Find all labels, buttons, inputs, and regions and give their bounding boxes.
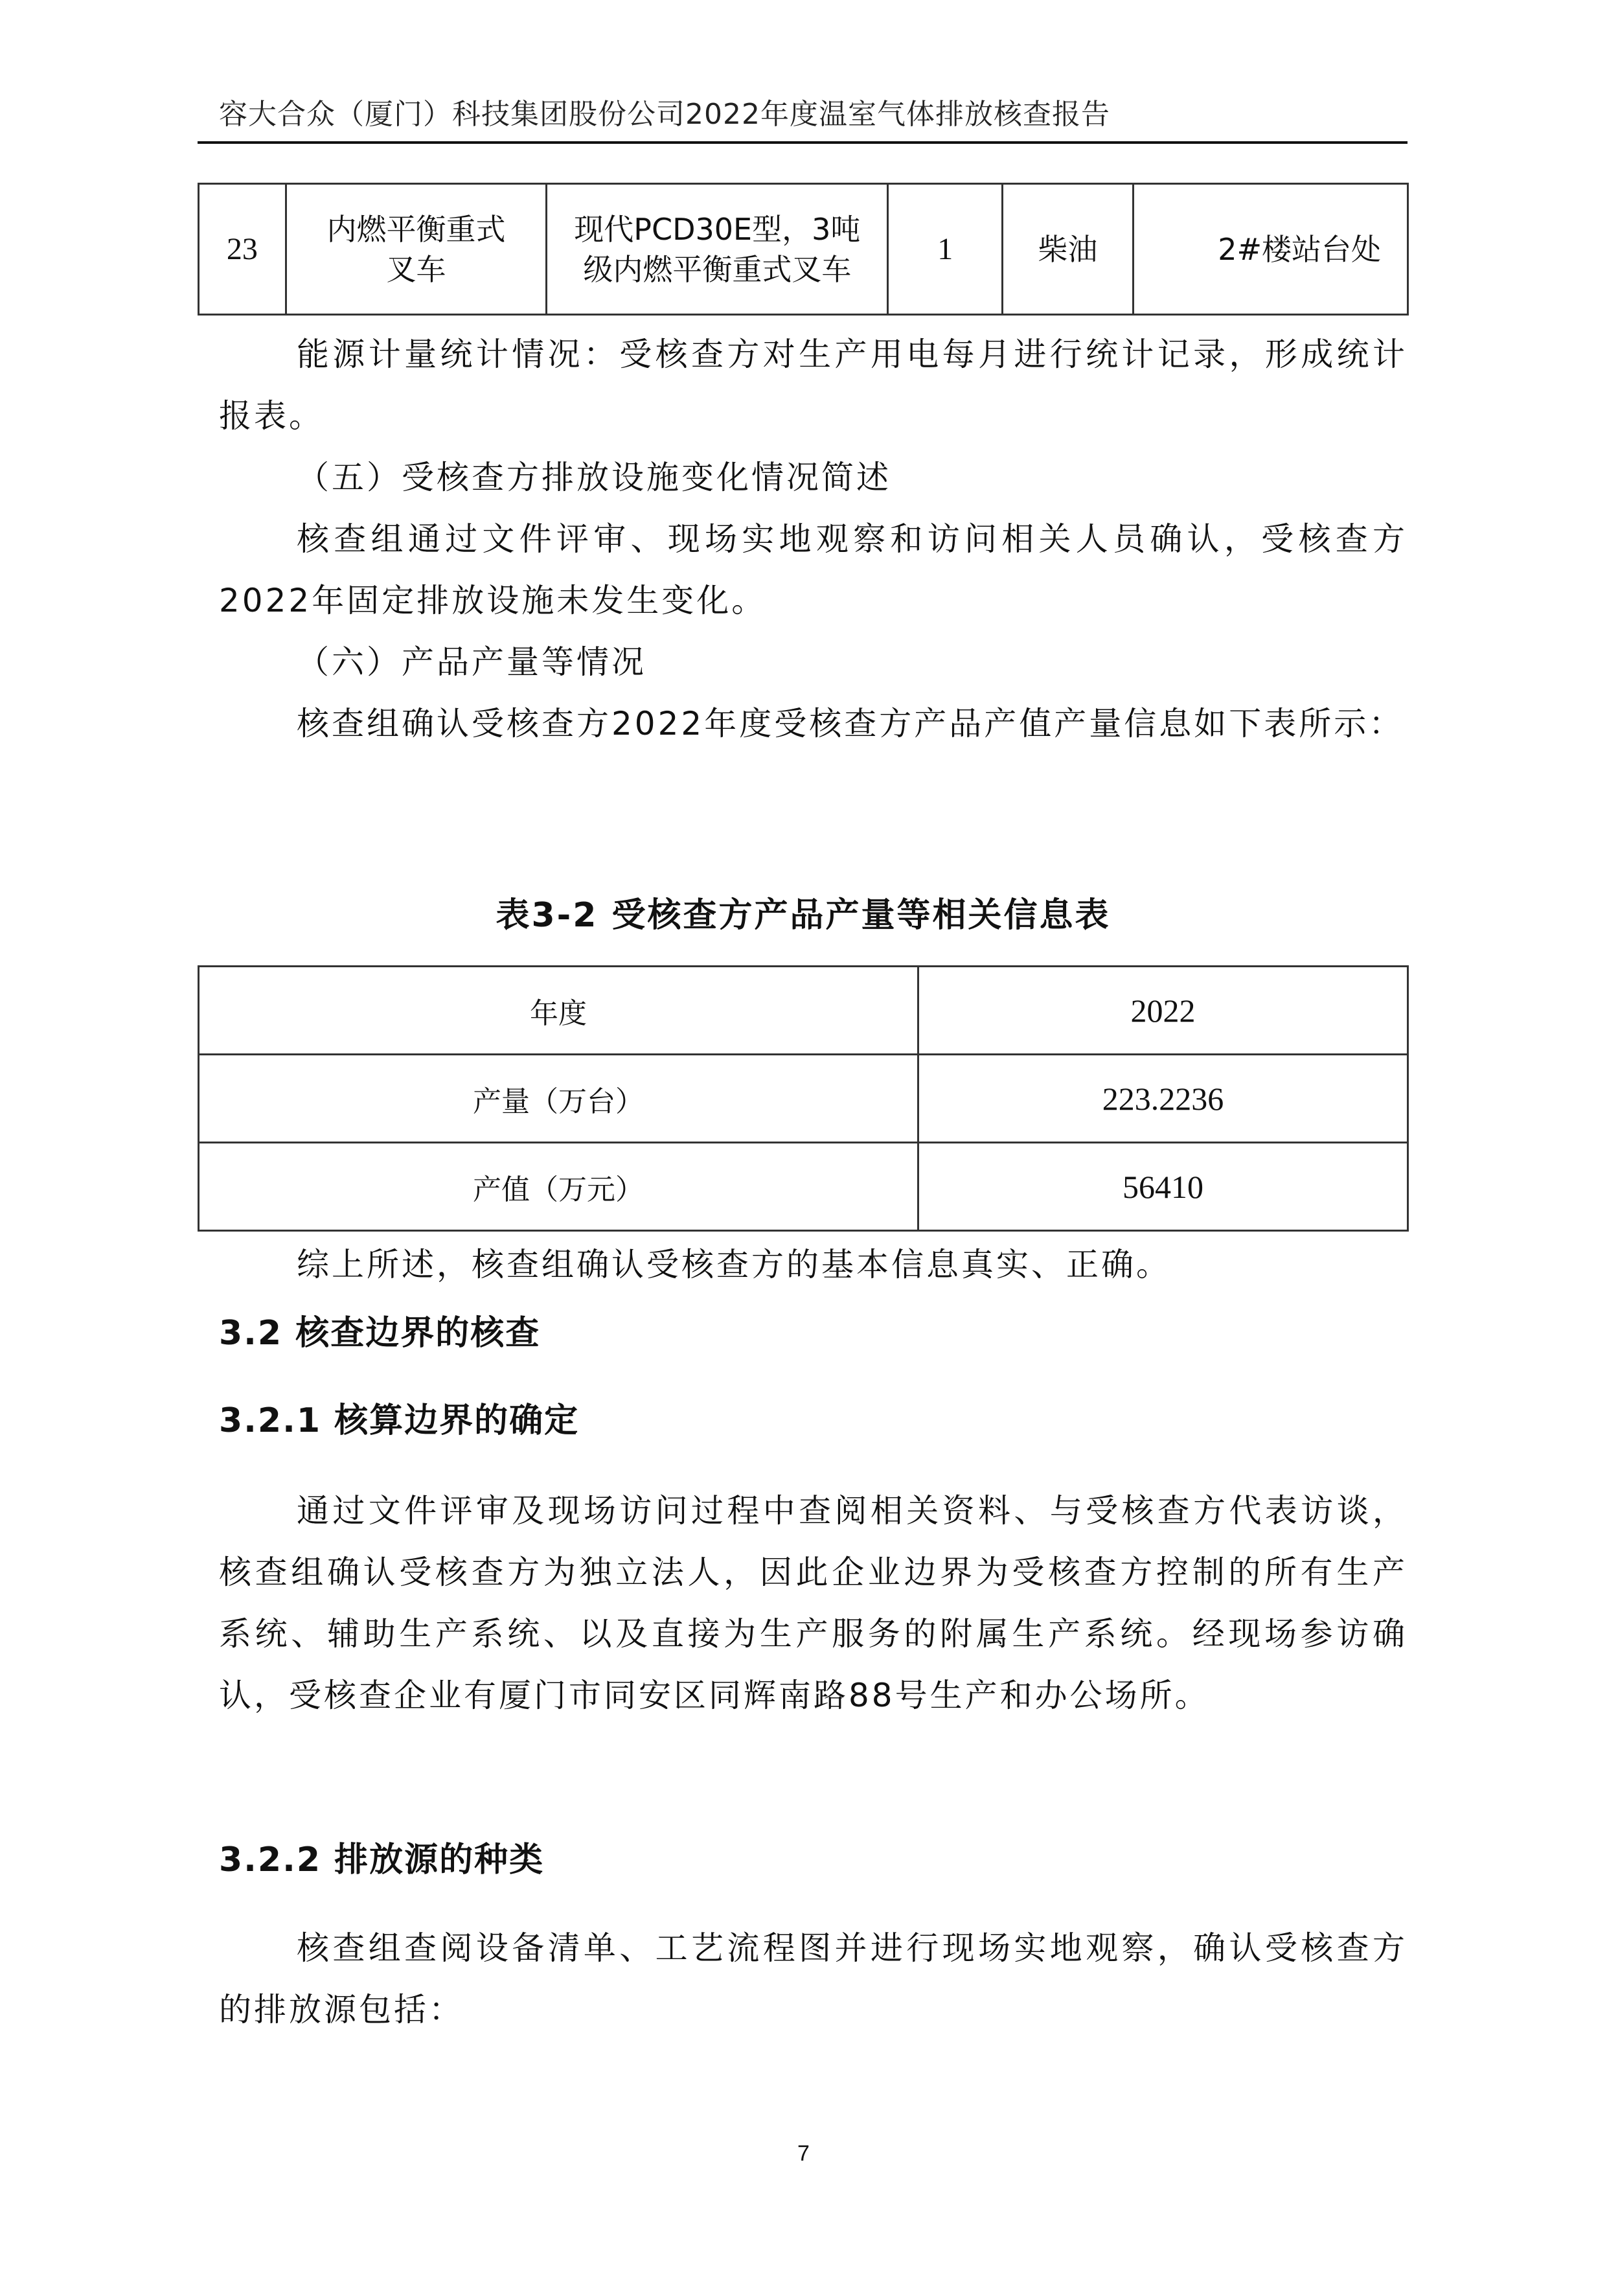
table-row: 年度 2022	[199, 967, 1408, 1055]
cell-value: 56410	[918, 1143, 1408, 1231]
heading-3-2-2: 3.2.2 排放源的种类	[219, 1832, 544, 1881]
paragraph-section-6: 核查组确认受核查方2022年度受核查方产品产值产量信息如下表所示：	[219, 693, 1408, 755]
cell-label: 产值（万元）	[199, 1143, 918, 1231]
cell-quantity: 1	[888, 184, 1003, 315]
cell-equipment-name: 内燃平衡重式叉车	[286, 184, 546, 315]
paragraph-3-2-1: 通过文件评审及现场访问过程中查阅相关资料、与受核查方代表访谈，核查组确认受核查方…	[219, 1480, 1408, 1727]
table-row: 23 内燃平衡重式叉车 现代PCD30E型，3吨级内燃平衡重式叉车 1 柴油 2…	[199, 184, 1408, 315]
cell-label: 产量（万台）	[199, 1055, 918, 1143]
cell-value: 2022	[918, 967, 1408, 1055]
table-caption: 表3-2 受核查方产品产量等相关信息表	[198, 888, 1409, 936]
table-row: 产量（万台） 223.2236	[199, 1055, 1408, 1143]
cell-label: 年度	[199, 967, 918, 1055]
page-number: 7	[0, 2141, 1607, 2166]
paragraph-summary: 综上所述，核查组确认受核查方的基本信息真实、正确。	[219, 1234, 1408, 1296]
paragraph-energy-metering: 能源计量统计情况：受核查方对生产用电每月进行统计记录，形成统计报表。	[219, 324, 1408, 447]
paragraph-3-2-2: 核查组查阅设备清单、工艺流程图并进行现场实地观察，确认受核查方的排放源包括：	[219, 1918, 1408, 2041]
cell-index: 23	[199, 184, 286, 315]
section-heading-5: （五）受核查方排放设施变化情况简述	[219, 447, 1408, 509]
cell-fuel: 柴油	[1003, 184, 1134, 315]
heading-3-2-1: 3.2.1 核算边界的确定	[219, 1393, 579, 1441]
cell-location: 2#楼站台处	[1133, 184, 1408, 315]
cell-value: 223.2236	[918, 1055, 1408, 1143]
table-row: 产值（万元） 56410	[199, 1143, 1408, 1231]
heading-3-2: 3.2 核查边界的核查	[219, 1305, 540, 1354]
header-rule	[198, 141, 1408, 144]
paragraph-section-5: 核查组通过文件评审、现场实地观察和访问相关人员确认，受核查方2022年固定排放设…	[219, 509, 1408, 632]
product-table: 年度 2022 产量（万台） 223.2236 产值（万元） 56410	[198, 965, 1409, 1232]
equipment-table: 23 内燃平衡重式叉车 现代PCD30E型，3吨级内燃平衡重式叉车 1 柴油 2…	[198, 183, 1409, 316]
page-header: 容大合众（厦门）科技集团股份公司2022年度温室气体排放核查报告	[219, 91, 1110, 132]
cell-model: 现代PCD30E型，3吨级内燃平衡重式叉车	[547, 184, 888, 315]
section-heading-6: （六）产品产量等情况	[219, 632, 1408, 693]
